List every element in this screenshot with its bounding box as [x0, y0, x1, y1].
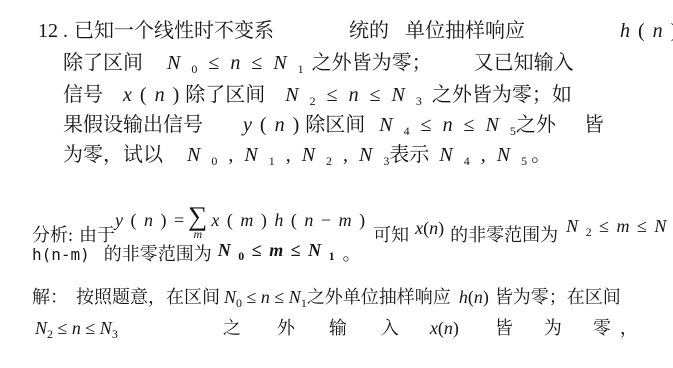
math-x-n: x ( n ): [123, 84, 179, 106]
problem-text: 信号: [63, 84, 103, 106]
summation-symbol: ∑m: [188, 203, 207, 239]
formula-rhs: x ( m ) h ( n − m ): [211, 210, 365, 230]
math-interval-N4-N5: N 4 ≤ n ≤ N 5: [379, 114, 516, 136]
convolution-formula: y ( n ) =∑mx ( m ) h ( n − m ): [115, 210, 365, 231]
math-interval-N2-N3: N2 ≤ n ≤ N3: [35, 318, 118, 338]
problem-text: 除区间: [305, 114, 365, 136]
solution-text: 之: [223, 318, 241, 338]
problem-line-2: 除了区间N 0 ≤ n ≤ N 1之外皆为零；又已知输入: [63, 46, 574, 75]
problem-text: 之外皆为零；: [312, 52, 432, 74]
math-interval-N2-N3: N 2 ≤ n ≤ N 3: [285, 84, 422, 106]
problem-number: 12 .: [38, 20, 68, 42]
problem-text: 。: [531, 144, 551, 166]
math-range-N0-N1: N 0 ≤ m ≤ N 1: [218, 240, 335, 260]
problem-line-3: 信号x ( n )除了区间N 2 ≤ n ≤ N 3之外皆为零；如: [63, 78, 572, 107]
problem-text: 单位抽样响应: [405, 20, 525, 42]
problem-text: 除了区间: [185, 84, 265, 106]
math-N0-N1-N2-N3: N 0 , N 1 , N 2 , N 3: [187, 144, 389, 166]
problem-line-5: 为零，试以N 0 , N 1 , N 2 , N 3表示N 4 , N 5。: [63, 138, 551, 167]
solution-text: 零: [593, 318, 611, 338]
solution-line-1: 解：按照题意，在区间N0 ≤ n ≤ N1之外单位抽样响应h(n)皆为零；在区间: [32, 283, 621, 309]
math-range-N2-N3: N 2 ≤ m ≤ N 3 ,: [566, 216, 673, 236]
problem-text: 统的: [349, 20, 389, 42]
analysis-line-2: h(n-m)的非零范围为N 0 ≤ m ≤ N 1。: [32, 240, 361, 266]
math-h-n: h(n): [459, 287, 489, 307]
solution-text: 外: [277, 318, 295, 338]
problem-text: 为零，试以: [63, 144, 163, 166]
problem-text: 已知一个线性时不变系: [74, 20, 274, 42]
solution-text: 之外单位抽样响应: [307, 287, 451, 307]
analysis-text: 的非零范围为: [104, 244, 212, 264]
problem-text: 表示: [389, 144, 429, 166]
math-y-n: y ( n ): [243, 114, 299, 136]
solution-text: 输: [329, 318, 347, 338]
solution-text: 皆: [495, 318, 513, 338]
problem-line-1: 12 .已知一个线性时不变系统的单位抽样响应h ( n ): [38, 14, 673, 43]
math-h-n-m: h(n-m): [32, 245, 90, 264]
analysis-text: 可知: [373, 225, 409, 245]
document-page: 12 .已知一个线性时不变系统的单位抽样响应h ( n ) 除了区间N 0 ≤ …: [0, 0, 673, 368]
problem-text: 又已知输入: [474, 52, 574, 74]
solution-text: 皆为零；在区间: [495, 287, 621, 307]
problem-text: 之外皆为零；如: [432, 84, 572, 106]
solution-text: ，: [620, 318, 638, 338]
math-h-n: h ( n ): [620, 20, 673, 42]
solution-line-2: N2 ≤ n ≤ N3之外输入x(n)皆为零，: [35, 314, 638, 340]
problem-line-4: 果假设输出信号y ( n )除区间N 4 ≤ n ≤ N 5之外皆: [63, 108, 604, 137]
analysis-text: 的非零范围为: [450, 225, 558, 245]
problem-text: 除了区间: [63, 52, 143, 74]
solution-text: 入: [381, 318, 399, 338]
problem-text: 之外: [516, 114, 556, 136]
problem-text: 皆: [584, 114, 604, 136]
math-x-n: x(n): [415, 218, 444, 238]
math-x-n: x(n): [430, 318, 459, 338]
math-interval-N0-N1: N0 ≤ n ≤ N1: [224, 287, 307, 307]
math-N4-N5: N 4 , N 5: [439, 144, 527, 166]
solution-text: 为: [544, 318, 562, 338]
solution-label: 解：: [32, 287, 68, 307]
analysis-text: 。: [343, 244, 361, 264]
formula-lhs: y ( n ) =: [115, 210, 184, 230]
solution-text: 按照题意，在区间: [76, 287, 220, 307]
problem-text: 果假设输出信号: [63, 114, 203, 136]
math-interval-N0-N1: N 0 ≤ n ≤ N 1: [167, 52, 304, 74]
